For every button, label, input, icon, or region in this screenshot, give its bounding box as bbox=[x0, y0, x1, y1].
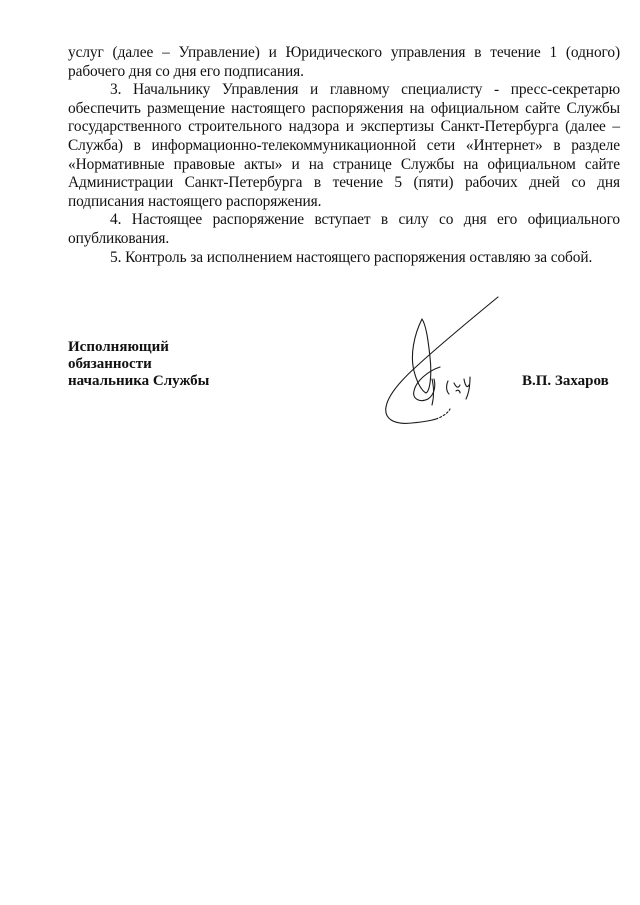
paragraph-item-5: 5. Контроль за исполнением настоящего ра… bbox=[68, 249, 620, 268]
paragraph-item-4: 4. Настоящее распоряжение вступает в сил… bbox=[68, 211, 620, 248]
position-line-1: Исполняющий bbox=[68, 339, 209, 356]
position-line-2: обязанности bbox=[68, 356, 209, 373]
document-body: услуг (далее – Управление) и Юридическог… bbox=[68, 44, 620, 267]
paragraph-continuation: услуг (далее – Управление) и Юридическог… bbox=[68, 44, 620, 81]
document-page: услуг (далее – Управление) и Юридическог… bbox=[0, 0, 640, 905]
signatory-name: В.П. Захаров bbox=[522, 373, 609, 390]
position-line-3: начальника Службы bbox=[68, 373, 209, 390]
paragraph-item-3: 3. Начальнику Управления и главному спец… bbox=[68, 81, 620, 211]
signatory-position: Исполняющий обязанности начальника Служб… bbox=[68, 339, 209, 390]
handwritten-signature-icon bbox=[370, 295, 510, 435]
